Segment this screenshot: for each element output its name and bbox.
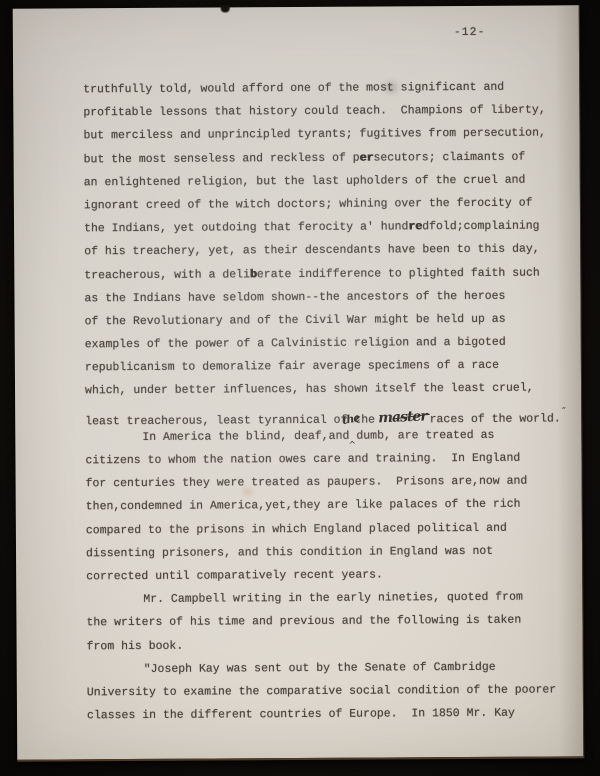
typed-line: corrected until comparatively recent yea…	[86, 562, 566, 588]
typed-text: Mr. Campbell writing in the early nineti…	[143, 591, 523, 606]
typed-text: ignorant creed of the witch doctors; whi…	[84, 197, 533, 213]
typed-text: an enlightened religion, but the last up…	[84, 173, 526, 189]
typed-line: republicanism to demoralize fair average…	[85, 354, 565, 380]
typed-line: for centuries they were treated as paupe…	[86, 470, 566, 496]
overtyped-text: er	[360, 151, 374, 164]
typed-text: dissenting prisoners, and this condition…	[86, 545, 493, 560]
typed-text: of his treachery, yet, as their descenda…	[84, 243, 540, 259]
typed-line: least treacherous, least tyrannical of t…	[85, 400, 565, 426]
overtyped-text: re	[408, 220, 422, 233]
typed-text: from his book.	[87, 639, 184, 653]
text-block: truthfully told, would afford one of the…	[83, 75, 567, 727]
typed-text: for centuries they were treated as paupe…	[86, 475, 528, 491]
typed-text: then,condemned in America,yet,they are l…	[86, 498, 521, 514]
typed-text: University to examine the comparative so…	[87, 683, 556, 699]
typed-text: citizens to whom the nation owes care an…	[85, 452, 520, 468]
typed-line: which, under better influences, has show…	[85, 377, 565, 403]
typed-line: then,condemned in America,yet,they are l…	[86, 493, 566, 519]
typed-line: from his book.	[87, 632, 567, 658]
typed-line: truthfully told, would afford one of the…	[83, 75, 563, 101]
typed-line: examples of the power of a Calvinistic r…	[85, 330, 565, 356]
typed-text: classes in the different countries of Eu…	[87, 707, 515, 723]
typed-text: "Joseph Kay was sent out by the Senate o…	[144, 660, 496, 675]
handwritten-insertion: the^	[349, 427, 356, 439]
handwritten-word: master	[378, 405, 427, 430]
typed-text: as the Indians have seldom shown--the an…	[84, 289, 505, 305]
typed-line: of the Revolutionary and of the Civil Wa…	[85, 307, 565, 333]
typed-text: the writers of his time and previous and…	[86, 614, 521, 630]
typed-text: In America the blind, deaf,and	[142, 430, 349, 444]
paper-edge-notch	[221, 5, 230, 12]
typed-line: Mr. Campbell writing in the early nineti…	[86, 585, 566, 611]
typed-text: corrected until comparatively recent yea…	[86, 568, 383, 583]
typed-text: treacherous, with a deli	[84, 268, 250, 282]
page-number: -12-	[454, 26, 486, 39]
typed-line: profitable lessons that history could te…	[83, 99, 563, 125]
typed-line: compared to the prisons in which England…	[86, 516, 566, 542]
typed-line: dissenting prisoners, and this condition…	[86, 539, 566, 565]
manuscript-paper: -12- truthfully told, would afford one o…	[13, 5, 585, 761]
typed-text: dfold;complaining	[422, 220, 539, 234]
typed-line: In America the blind, deaf,andthe^dumb, …	[85, 423, 565, 449]
typed-text: compared to the prisons in which England…	[86, 521, 507, 537]
typed-line: treacherous, with a deliberate indiffere…	[84, 261, 564, 287]
typed-text: erate indifference to plighted faith suc…	[257, 266, 540, 281]
typed-line: the writers of his time and previous and…	[86, 609, 566, 635]
typed-text: but the most senseless and reckless of p	[84, 151, 360, 166]
typed-line: ignorant creed of the witch doctors; whi…	[84, 191, 564, 217]
typed-line: classes in the different countries of Eu…	[87, 701, 567, 727]
typed-text: examples of the power of a Calvinistic r…	[85, 336, 506, 352]
typed-text: which, under better influences, has show…	[85, 382, 534, 398]
typed-line: an enlightened religion, but the last up…	[84, 168, 564, 194]
typed-line: but the most senseless and reckless of p…	[84, 145, 564, 171]
typed-text: truthfully told, would afford one of the…	[83, 81, 504, 97]
caret-mark: ^	[348, 435, 356, 458]
typed-text: but merciless and unprincipled tyrants; …	[83, 127, 545, 143]
typed-text: of the Revolutionary and of the Civil Wa…	[85, 313, 506, 329]
typed-text: republicanism to demoralize fair average…	[85, 359, 499, 375]
typed-text: the Indians, yet outdoing that ferocity …	[84, 220, 408, 235]
typed-text: profitable lessons that history could te…	[83, 104, 545, 120]
typed-text: dumb, are treated as	[356, 429, 494, 443]
typed-line: of his treachery, yet, as their descenda…	[84, 238, 564, 264]
typed-line: University to examine the comparative so…	[87, 678, 567, 704]
photo-background: -12- truthfully told, would afford one o…	[0, 0, 600, 776]
typed-line: but merciless and unprincipled tyrants; …	[83, 122, 563, 148]
typed-line: as the Indians have seldom shown--the an…	[84, 284, 564, 310]
typed-text: secutors; claimants of	[373, 150, 525, 164]
typed-line: citizens to whom the nation owes care an…	[85, 446, 565, 472]
typed-line: the Indians, yet outdoing that ferocity …	[84, 215, 564, 241]
typed-line: "Joseph Kay was sent out by the Senate o…	[87, 655, 567, 681]
